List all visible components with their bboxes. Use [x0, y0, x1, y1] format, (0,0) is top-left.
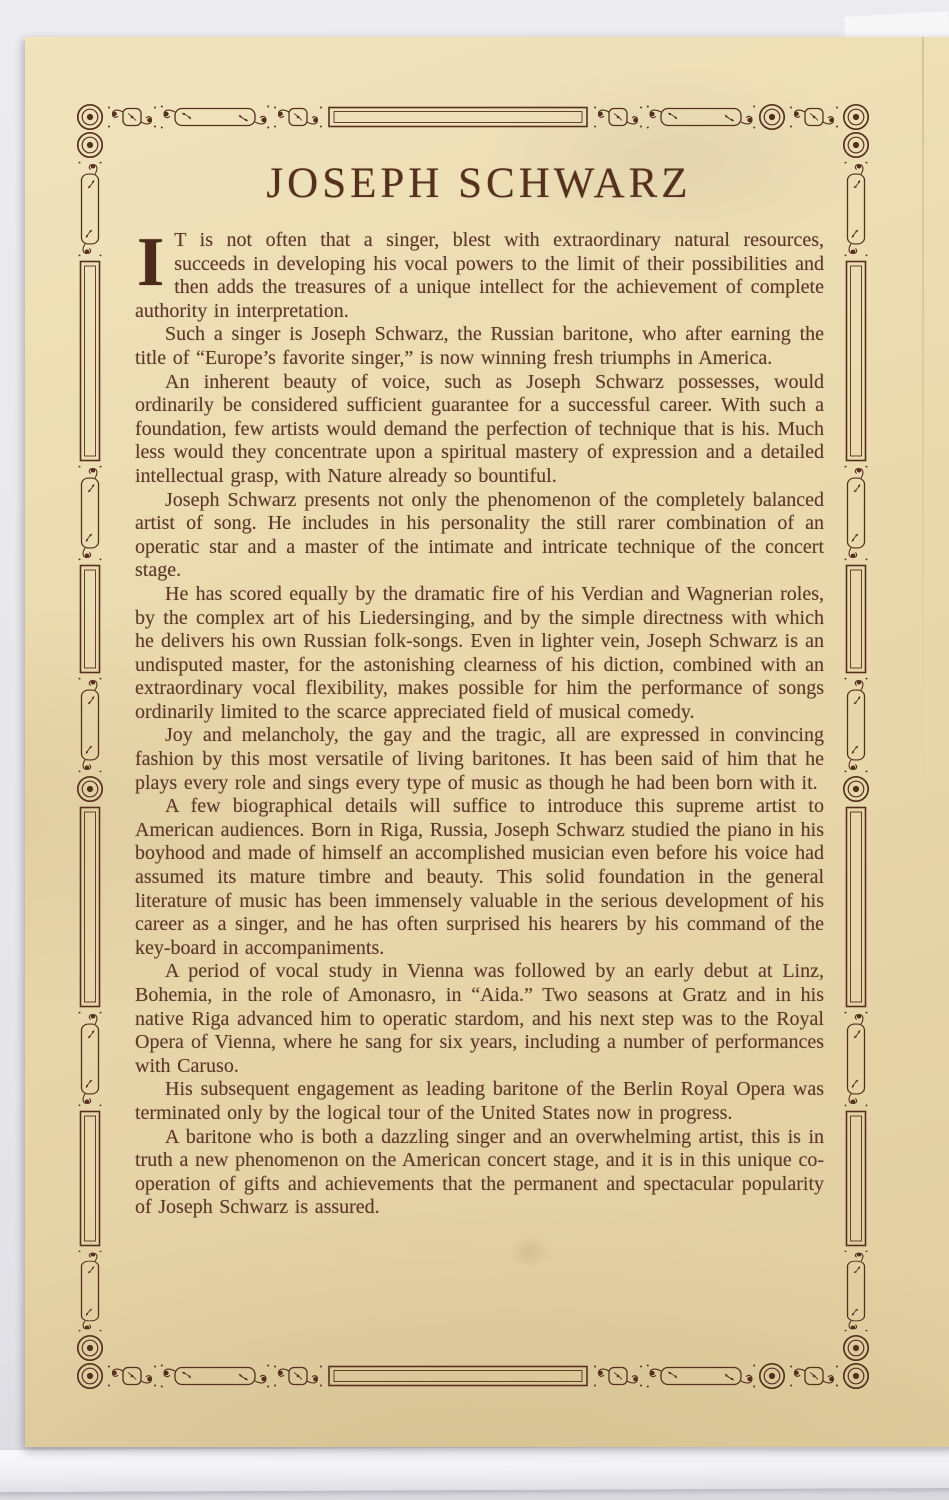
- paragraph: Joy and melancholy, the gay and the trag…: [135, 724, 824, 795]
- backing-sheet-edge: [0, 1446, 949, 1492]
- paragraph: IT is not often that a singer, blest wit…: [135, 229, 824, 323]
- paragraph: A baritone who is both a dazzling singer…: [135, 1126, 824, 1220]
- paragraph: Such a singer is Joseph Schwarz, the Rus…: [135, 323, 824, 370]
- paragraph: He has scored equally by the dramatic fi…: [135, 583, 824, 725]
- paragraph: A period of vocal study in Vienna was fo…: [135, 960, 824, 1078]
- page-title: JOSEPH SCHWARZ: [135, 161, 823, 207]
- program-page: JOSEPH SCHWARZ IT is not often that a si…: [25, 37, 949, 1447]
- article-body: IT is not often that a singer, blest wit…: [135, 229, 824, 1220]
- paragraph: An inherent beauty of voice, such as Jos…: [135, 371, 824, 489]
- photograph-backdrop: JOSEPH SCHWARZ IT is not often that a si…: [0, 0, 949, 1500]
- paragraph: His subsequent engagement as leading bar…: [135, 1078, 824, 1125]
- paragraph: A few biographical details will suffice …: [135, 795, 824, 960]
- drop-cap: I: [135, 229, 174, 291]
- paragraph-text: T is not often that a singer, blest with…: [135, 229, 824, 322]
- paragraph: Joseph Schwarz presents not only the phe…: [135, 489, 824, 583]
